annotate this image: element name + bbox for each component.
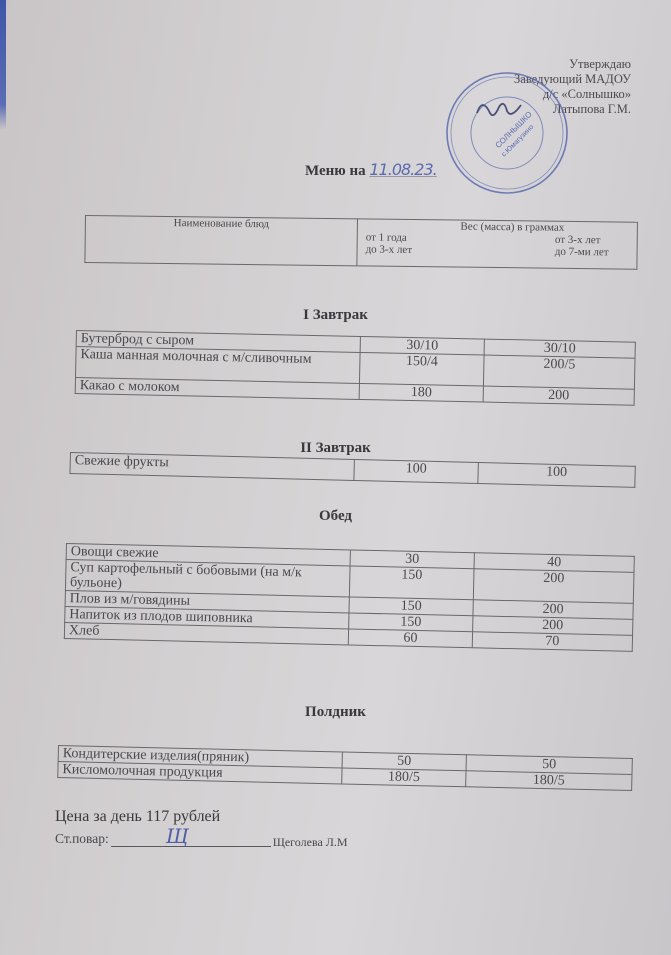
- page-title: Меню на 11.08.23.: [305, 160, 437, 180]
- cook-signature-block: Ст.повар: Щ Щеголева Л.М: [55, 830, 348, 847]
- section-title: Полдник: [0, 704, 671, 721]
- column-header-name: Наименование блюд: [85, 216, 358, 266]
- age-group-2: от 3-х летдо 7-ми лет: [555, 234, 609, 259]
- title-label: Меню на: [305, 163, 366, 179]
- signature-line: Щ: [111, 830, 271, 847]
- handwritten-signature: Щ: [166, 824, 189, 848]
- snack-table: Кондитерские изделия(пряник)5050 Кисломо…: [57, 745, 633, 791]
- cook-name: Щеголева Л.М: [273, 835, 348, 850]
- cook-label: Ст.повар:: [55, 831, 109, 847]
- background-edge: [0, 0, 6, 130]
- menu-header-table: Наименование блюд Вес (масса) в граммах …: [84, 215, 638, 270]
- table-row: Свежие фрукты100100: [70, 453, 635, 488]
- lunch-table: Овощи свежие3040 Суп картофельный с бобо…: [64, 543, 635, 652]
- daily-price: Цена за день 117 рублей: [55, 808, 220, 826]
- breakfast-1-table: Бутерброд с сыром30/1030/10 Каша манная …: [75, 330, 636, 406]
- breakfast-2-table: Свежие фрукты100100: [69, 452, 635, 488]
- stamp-seal-icon: СОЛНЫШКО с.Юмагузино: [442, 68, 572, 198]
- section-title: Обед: [0, 508, 671, 525]
- section-title: I Завтрак: [0, 307, 671, 324]
- column-header-weight: Вес (масса) в граммах от 1 годадо 3-х ле…: [357, 219, 638, 269]
- age-group-1: от 1 годадо 3-х лет: [362, 231, 413, 256]
- menu-date: 11.08.23.: [369, 160, 436, 179]
